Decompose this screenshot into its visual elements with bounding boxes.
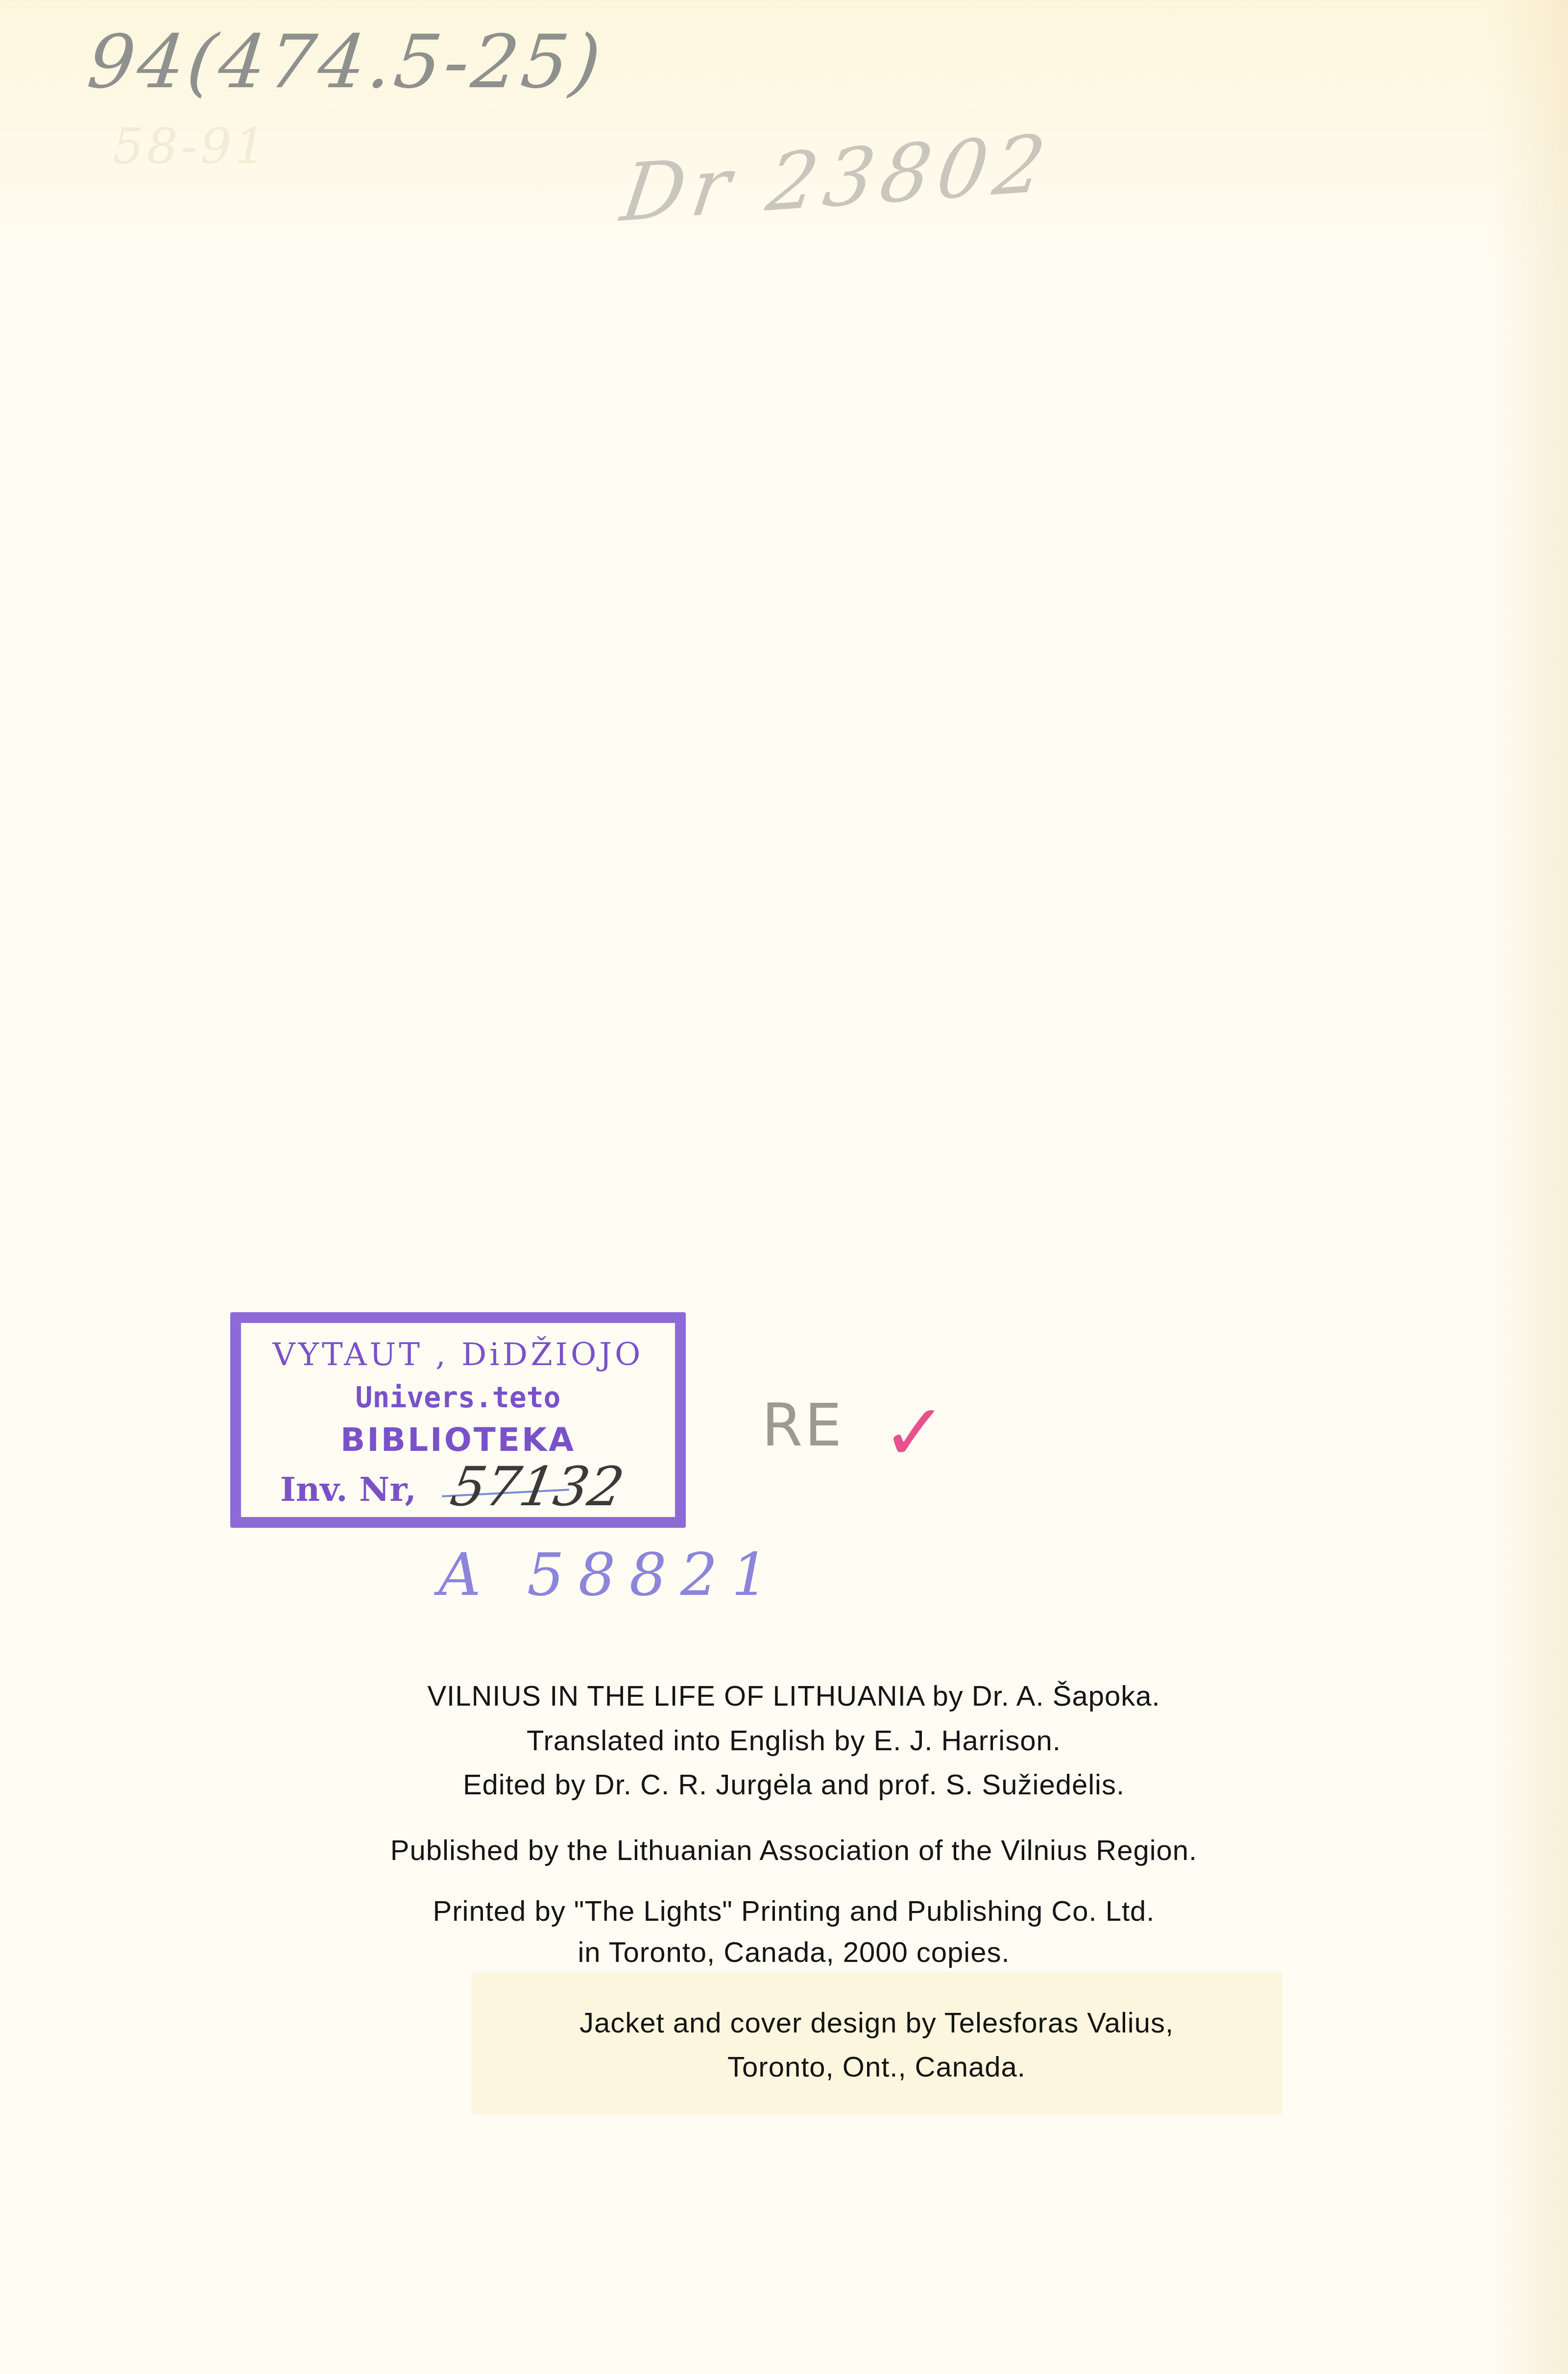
check-mark-icon: ✓ xyxy=(882,1387,950,1478)
colophon-title-line: VILNIUS IN THE LIFE OF LITHUANIA by Dr. … xyxy=(20,1682,1568,1711)
pasted-design-credit-label: Jacket and cover design by Telesforas Va… xyxy=(471,1972,1282,2114)
library-stamp: VYTAUT , DiDŽIOJO Univers.teto BIBLIOTEK… xyxy=(230,1312,686,1528)
handwritten-inventory-a-number: A 58821 xyxy=(438,1541,783,1609)
handwritten-rev-mark: RE xyxy=(762,1392,844,1460)
stamp-university-name: VYTAUT , DiDŽIOJO xyxy=(241,1337,675,1373)
colophon-printer-line: Printed by "The Lights" Printing and Pub… xyxy=(20,1897,1568,1926)
handwritten-accession-number: Dr 23802 xyxy=(616,117,1058,239)
stamp-inventory-number: 57132 xyxy=(446,1455,629,1518)
colophon-publisher-line: Published by the Lithuanian Association … xyxy=(20,1836,1568,1865)
colophon-location-line: in Toronto, Canada, 2000 copies. xyxy=(20,1938,1568,1967)
colophon-editors-line: Edited by Dr. C. R. Jurgėla and prof. S.… xyxy=(20,1771,1568,1799)
colophon-translator-line: Translated into English by E. J. Harriso… xyxy=(20,1727,1568,1755)
design-location-line: Toronto, Ont., Canada. xyxy=(471,2051,1282,2083)
handwritten-call-number: 94(474.5-25) xyxy=(84,20,607,105)
design-credit-line: Jacket and cover design by Telesforas Va… xyxy=(471,2007,1282,2039)
faint-handwritten-number: 58-91 xyxy=(113,118,268,175)
stamp-library-label: BIBLIOTEKA xyxy=(241,1421,675,1459)
stamp-university-label: Univers.teto xyxy=(241,1381,675,1414)
